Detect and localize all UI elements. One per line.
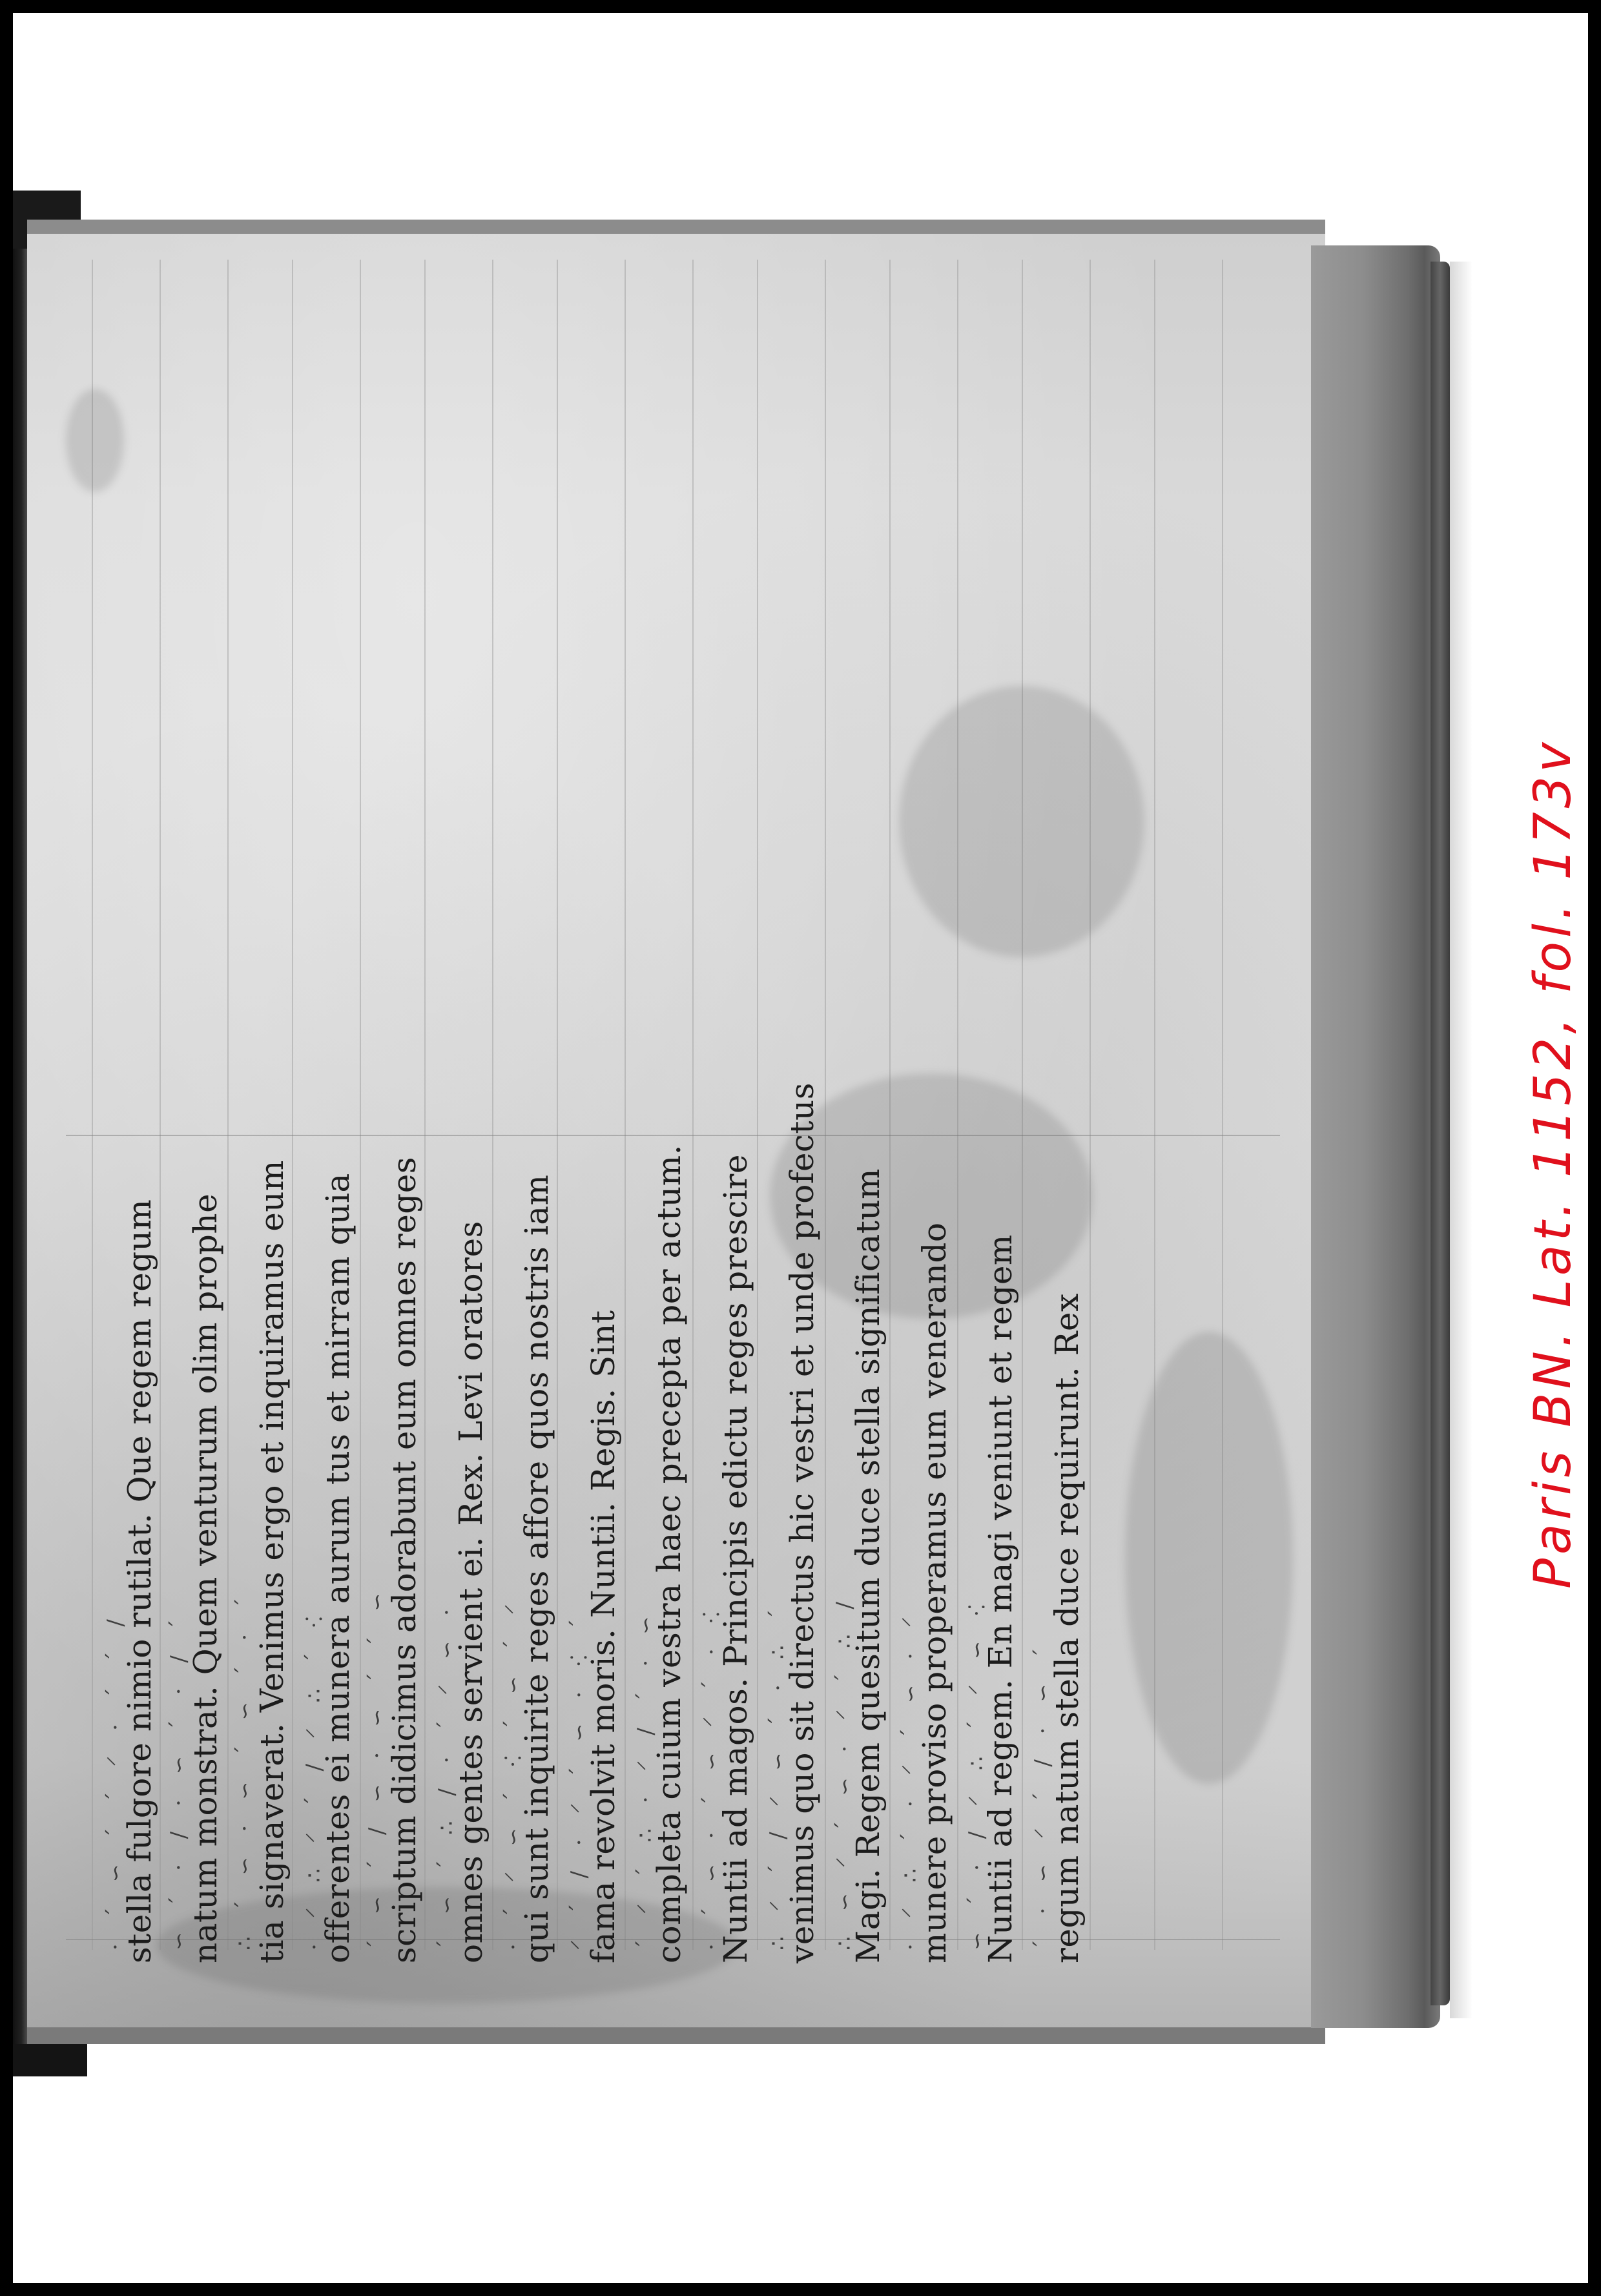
line-text: tia signaverat. Venimus ergo et inquiram… — [253, 1160, 291, 1963]
text-line: ∽ ˊ · ∕ ⸍ ∴ ˊ ⸍ ∽ ⁖ Nuntii ad regem. En … — [958, 1124, 1025, 1963]
text-line: · ˊ ∽ · ˊ ∽ ⸍ ˊ · ⁖ Nuntii ad magos. Pri… — [693, 1124, 759, 1963]
line-text: munere proviso properamus eum venerando — [916, 1223, 953, 1963]
line-text: regum natum stella duce requirunt. Rex — [1048, 1293, 1086, 1963]
stain — [66, 389, 124, 492]
binding-haze — [1450, 262, 1472, 2018]
line-text: completa cuium vestra haec precepta per … — [650, 1144, 688, 1963]
text-line: ∽ ˊ · ∕ · ∽ ˊ · ∕ ˊ natum monstrat. Quem… — [163, 1124, 230, 1963]
text-line: ∴ ⸍ ˊ ∕ ⸍ ∽ ˊ · ∴ ˊ venimus quo sit dire… — [759, 1124, 826, 1963]
stain — [899, 686, 1144, 957]
line-text: scriptum didicimus adorabunt eum omnes r… — [386, 1157, 423, 1963]
text-line: · ˊ ⸍ ∽ ˊ ⁖ ˊ ∽ ˊ ⸍ qui sunt inquirite r… — [495, 1124, 561, 1963]
text-line: ˊ ∽ ˊ ∕ ∽ · ∽ ˊ ˊ ∽ scriptum didicimus a… — [362, 1124, 428, 1963]
left-edge-shadow — [13, 191, 27, 2076]
text-block: · ˊ ∽ ˊ ˊ ⸍ · ˊ ˊ ∕ stella fulgore nimio… — [97, 1124, 1091, 1963]
binding-gutter — [1311, 245, 1440, 2028]
text-line: · ˊ ∽ ˊ ˊ ⸍ · ˊ ˊ ∕ stella fulgore nimio… — [97, 1124, 163, 1963]
line-text: offerentes ei munera aurum tus et mirram… — [319, 1173, 356, 1963]
text-line: ∴ ∽ ⸍ ˊ ∽ · ⸍ ˊ ∴ ∕ Magi. Regem quesitum… — [826, 1124, 893, 1963]
text-line: ˊ ⸍ ˊ ∴ · ⸍ ∕ ˊ · ∽ completa cuium vestr… — [627, 1124, 694, 1963]
line-text: natum monstrat. Quem venturum olim proph… — [187, 1194, 224, 1963]
line-text: omnes gentes servient ei. Rex. Levi orat… — [452, 1221, 490, 1963]
binding-edge — [1431, 262, 1450, 2005]
text-line: ˊ · ∽ ⸍ ˊ ∕ · ∽ ˊ regum natum stella duc… — [1024, 1124, 1091, 1963]
manuscript-photograph: · ˊ ∽ ˊ ˊ ⸍ · ˊ ˊ ∕ stella fulgore nimio… — [13, 191, 1472, 2076]
text-line: · ⸍ ∴ ˊ · ⸍ ˊ ∽ · ⸍ munere proviso prope… — [892, 1124, 958, 1963]
page-sheet: · ˊ ∽ ˊ ˊ ⸍ · ˊ ˊ ∕ stella fulgore nimio… — [13, 13, 1588, 2283]
line-text: Nuntii ad regem. En magi veniunt et rege… — [982, 1234, 1019, 1963]
line-text: qui sunt inquirite reges affore quos nos… — [518, 1174, 555, 1963]
stain — [1125, 1332, 1293, 1784]
line-text: Magi. Regem quesitum duce stella signifi… — [849, 1168, 887, 1963]
text-line: ⸍ ˊ ∕ · ⸍ ˊ ∽ · ⁖ ˊ fama revolvit moris.… — [561, 1124, 627, 1963]
ruling-line — [92, 260, 93, 1950]
line-text: Nuntii ad magos. Principis edictu reges … — [717, 1154, 754, 1963]
catalogue-label: Paris BN. Lat. 1152, fol. 173v — [1505, 904, 1601, 1589]
text-line: ˊ ∽ ˊ ∴ ∕ · ˊ ⸍ ∽ · omnes gentes servien… — [428, 1124, 495, 1963]
line-text: fama revolvit moris. Nuntii. Regis. Sint — [584, 1310, 622, 1963]
corner-shadow-bottom — [13, 2044, 87, 2076]
line-text: stella fulgore nimio rutilat. Que regem … — [121, 1199, 158, 1963]
line-text: venimus quo sit directus hic vestri et u… — [783, 1082, 821, 1963]
catalogue-label-text: Paris BN. Lat. 1152, fol. 173v — [1505, 904, 1601, 1589]
text-line: · ⸍ ∴ ⸍ ˊ ∕ ⸍ ∴ ˊ ⁖ offerentes ei munera… — [296, 1124, 362, 1963]
text-line: ∴ ˊ ∽ · ∽ ˊ ∽ ˊ · ˊ tia signaverat. Veni… — [229, 1124, 296, 1963]
